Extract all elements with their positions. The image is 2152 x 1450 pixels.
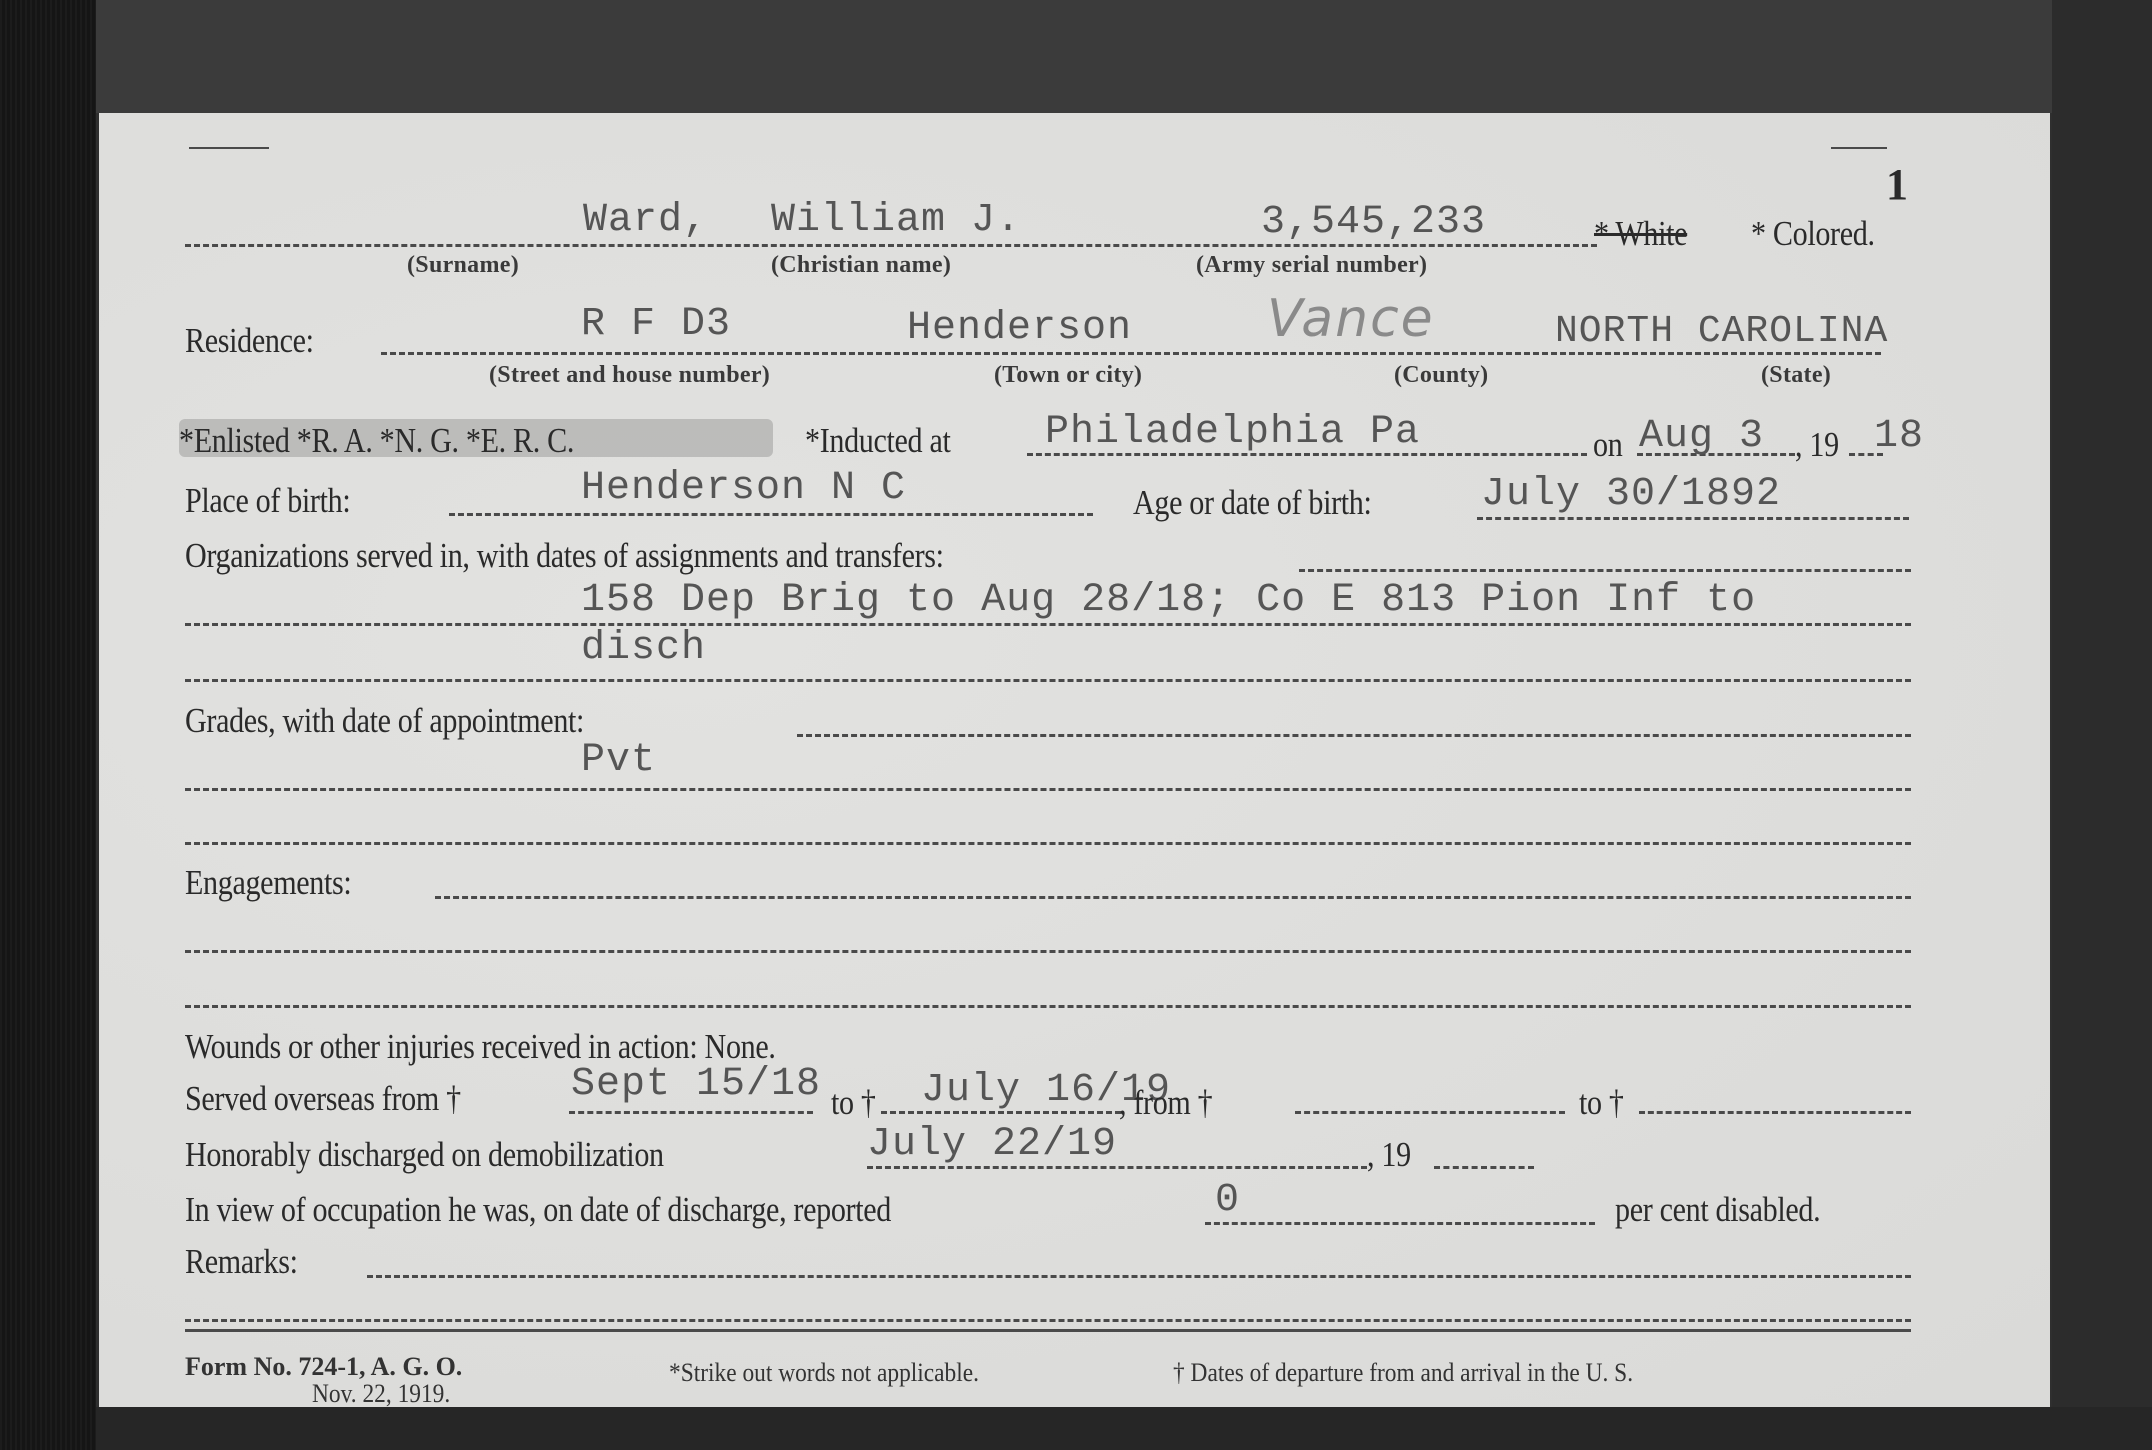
remarks-label: Remarks:	[185, 1244, 298, 1279]
organizations-line-1-value: 158 Dep Brig to Aug 28/18; Co E 813 Pion…	[581, 581, 1756, 621]
overseas-from2-label: , from †	[1119, 1085, 1212, 1120]
overseas-from-line	[569, 1111, 813, 1114]
form-number: Form No. 724-1, A. G. O.	[185, 1354, 462, 1380]
discharge-date-value: July 22/19	[867, 1125, 1117, 1165]
disability-value: 0	[1215, 1181, 1240, 1221]
residence-street-value: R F D3	[581, 305, 731, 345]
corner-mark	[189, 147, 269, 149]
scanner-background-left	[0, 0, 96, 1450]
inducted-label: *Inducted at	[805, 423, 950, 458]
date-of-birth-line	[1477, 517, 1909, 520]
residence-state-value: NORTH CAROLINA	[1555, 313, 1888, 351]
race-colored: * Colored.	[1751, 216, 1875, 251]
residence-county-value: Vance	[1267, 293, 1435, 345]
disability-line	[1205, 1222, 1595, 1225]
christian-name-value: William J.	[771, 201, 1021, 241]
town-label: (Town or city)	[994, 363, 1142, 387]
grades-line-0	[797, 734, 1911, 737]
engagements-line-2	[185, 1005, 1911, 1008]
christian-name-label: (Christian name)	[771, 253, 951, 277]
residence-label: Residence:	[185, 323, 314, 358]
street-label: (Street and house number)	[489, 363, 770, 387]
overseas-to-label: to †	[831, 1085, 876, 1120]
form-date: Nov. 22, 1919.	[312, 1381, 450, 1407]
wounds-label: Wounds or other injuries received in act…	[185, 1029, 776, 1064]
enlistment-options: *Enlisted *R. A. *N. G. *E. R. C.	[179, 423, 574, 458]
surname-value: Ward,	[583, 201, 708, 241]
remarks-line-1	[185, 1319, 1911, 1322]
on-label: on	[1593, 427, 1622, 462]
serial-number-value: 3,545,233	[1261, 203, 1486, 243]
inducted-year-value: 18	[1874, 417, 1924, 457]
place-of-birth-label: Place of birth:	[185, 483, 350, 518]
organizations-label: Organizations served in, with dates of a…	[185, 538, 944, 573]
discharge-label: Honorably discharged on demobilization	[185, 1137, 664, 1172]
date-of-birth-value: July 30/1892	[1481, 475, 1781, 515]
place-of-birth-line	[449, 513, 1093, 516]
overseas-from-label: Served overseas from †	[185, 1081, 461, 1116]
dates-note: † Dates of departure from and arrival in…	[1173, 1360, 1633, 1386]
overseas-from2-line	[1295, 1111, 1565, 1114]
scanner-background-top	[96, 0, 2056, 113]
state-label: (State)	[1761, 363, 1831, 387]
grades-line-2	[185, 842, 1911, 845]
overseas-to2-line	[1639, 1111, 1911, 1114]
strike-note: *Strike out words not applicable.	[669, 1360, 979, 1386]
surname-label: (Surname)	[407, 253, 519, 277]
residence-town-value: Henderson	[907, 309, 1132, 349]
organizations-line-2-value: disch	[581, 629, 706, 669]
organizations-line-1	[185, 623, 1911, 626]
engagements-label: Engagements:	[185, 865, 351, 900]
overseas-to2-label: to †	[1579, 1085, 1624, 1120]
page-number: 1	[1886, 163, 1908, 207]
place-of-birth-value: Henderson N C	[581, 469, 906, 509]
date-of-birth-label: Age or date of birth:	[1133, 485, 1372, 520]
discharge-year-label: , 19	[1367, 1137, 1411, 1172]
grades-line-1	[185, 788, 1911, 791]
serial-number-label: (Army serial number)	[1196, 253, 1427, 277]
footer-rule	[185, 1329, 1911, 1332]
disability-label: In view of occupation he was, on date of…	[185, 1192, 891, 1227]
scanner-background-right	[2052, 0, 2152, 1450]
grades-label: Grades, with date of appointment:	[185, 703, 584, 738]
overseas-from-value: Sept 15/18	[571, 1065, 821, 1105]
remarks-line-0	[367, 1275, 1911, 1278]
organizations-line-0	[1299, 569, 1911, 572]
inducted-date-value: Aug 3	[1639, 417, 1764, 457]
page-number-mark	[1831, 147, 1887, 149]
engagements-line-0	[435, 896, 1911, 899]
service-record-card: 1 Ward, William J. 3,545,233 * White * C…	[99, 113, 2050, 1407]
race-white-struck: * White	[1594, 216, 1687, 251]
year-prefix: , 19	[1795, 427, 1839, 462]
organizations-line-2	[185, 679, 1911, 682]
county-label: (County)	[1394, 363, 1488, 387]
disability-suffix: per cent disabled.	[1615, 1192, 1820, 1227]
inducted-at-value: Philadelphia Pa	[1045, 413, 1420, 453]
grades-value: Pvt	[581, 741, 656, 781]
engagements-line-1	[185, 950, 1911, 953]
scanner-background-bottom	[96, 1407, 2152, 1450]
discharge-year-line	[1434, 1166, 1534, 1169]
